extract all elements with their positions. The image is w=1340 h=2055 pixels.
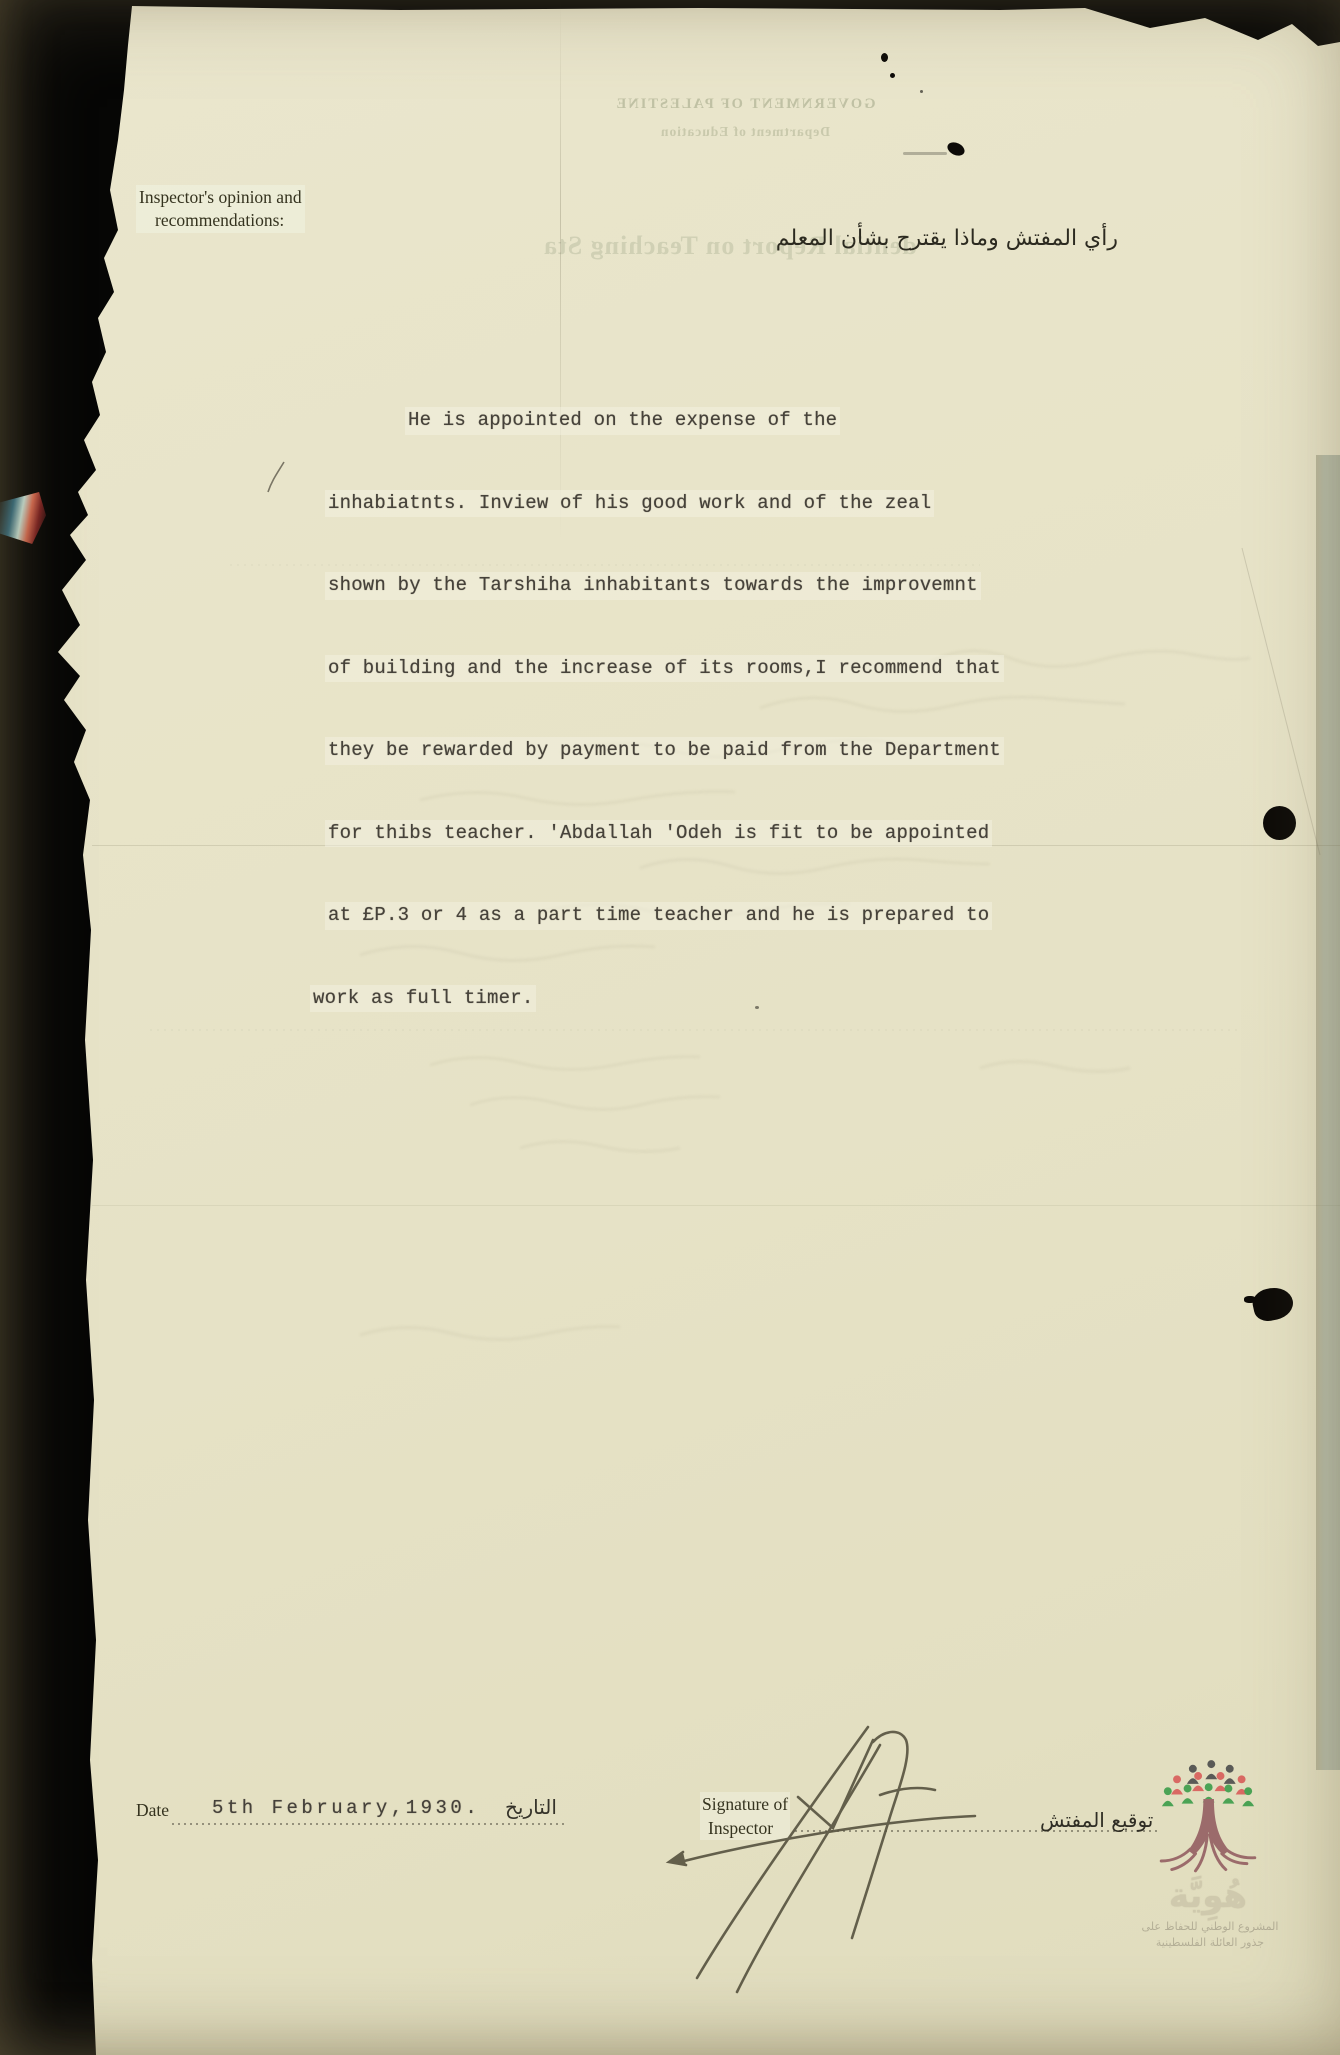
opinion-line: shown by the Tarshiha inhabitants toward… [325,572,981,600]
opinion-line: they be rewarded by payment to be paid f… [325,737,1004,765]
arabic-section-heading: رأي المفتش وماذا يقترح بشأن المعلم [776,226,1118,251]
ink-speck [755,1006,759,1009]
opinion-line: at £P.3 or 4 as a part time teacher and … [325,902,992,930]
opinion-line: inhabiatnts. Inview of his good work and… [325,490,934,518]
ink-speck [890,73,895,78]
opinion-line: of building and the increase of its room… [325,655,1004,683]
inspector-opinion-label: Inspector's opinion and recommendations: [136,185,305,233]
scan-edge-strip [1316,455,1340,1770]
ink-dot [1263,806,1296,840]
inspector-opinion-label-line2: recommendations: [139,209,302,232]
signature-label-line2: Inspector [702,1816,788,1840]
ink-smear [903,152,947,155]
opinion-line: He is appointed on the expense of the [405,407,840,435]
signature-label-arabic: توقيع المفتش [1040,1808,1153,1832]
inspector-opinion-label-line1: Inspector's opinion and [139,186,302,209]
archive-watermark-caption-line2: جذور العائلة الفلسطينية [1112,1936,1308,1949]
opinion-line: work as full timer. [310,985,536,1013]
ink-speck [881,53,888,62]
ink-blot [1244,1296,1256,1303]
signature-label-line1: Signature of [702,1792,788,1816]
date-value: 5th February,1930. [212,1797,480,1819]
scan-artifact-glare [0,492,46,544]
date-dotted-line [172,1823,564,1825]
paper-crease [92,1205,1340,1206]
ink-speck [920,90,923,93]
date-label-arabic: التاريخ [505,1795,557,1819]
date-label: Date [136,1800,169,1821]
opinion-line: for thibs teacher. 'Abdallah 'Odeh is fi… [325,820,992,848]
signature-label: Signature of Inspector [700,1792,790,1840]
typewritten-opinion-paragraph: He is appointed on the expense of the in… [325,352,1004,1067]
archive-watermark-caption-line1: المشروع الوطني للحفاظ على [1112,1920,1308,1933]
scanned-document-page: GOVERNMENT OF PALESTINE Department of Ed… [0,0,1340,2055]
archive-watermark-wordmark: هُوِيَّة [1146,1876,1270,1916]
